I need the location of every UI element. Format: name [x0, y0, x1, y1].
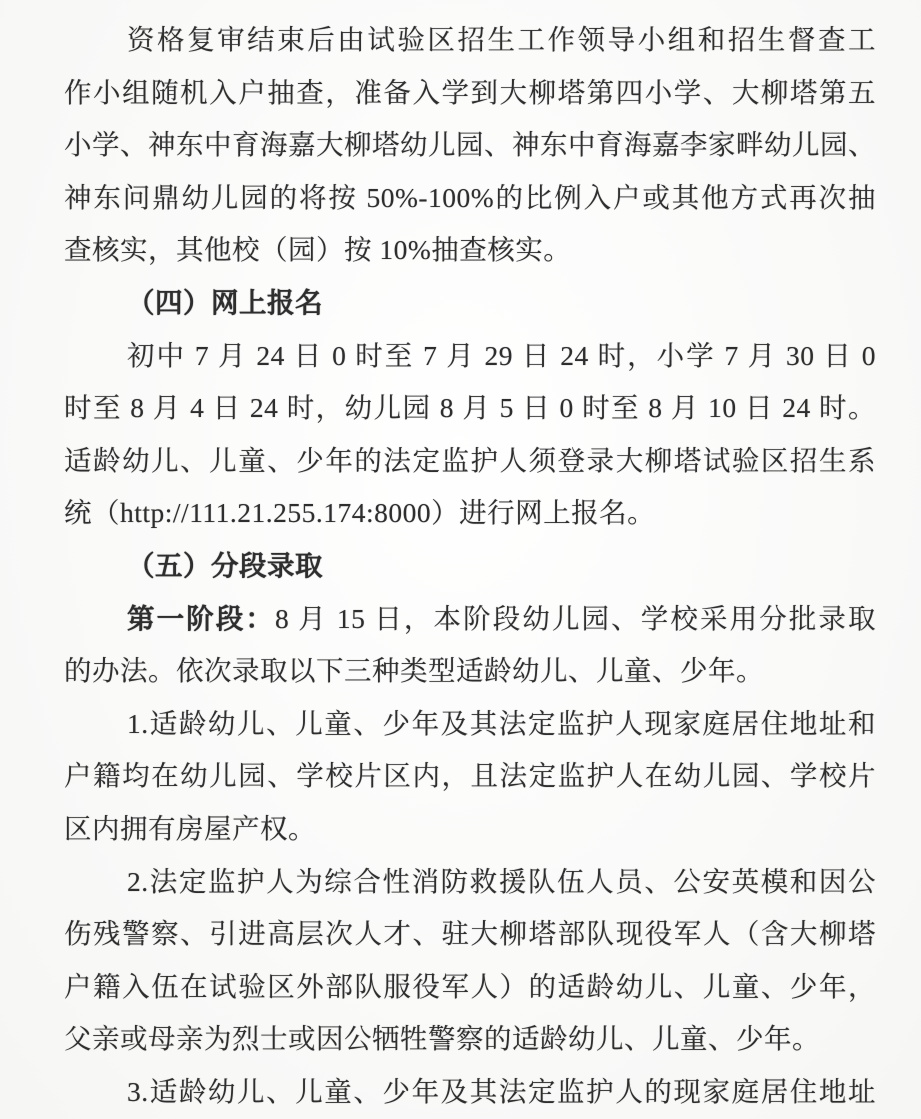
line-text: 时至 8 月 4 日 24 时，幼儿园 8 月 5 日 0 时至 8 月 10 … [64, 392, 876, 423]
text-line: 户籍入伍在试验区外部队服役军人）的适龄幼儿、儿童、少年， [64, 961, 876, 1014]
text-line: 小学、神东中育海嘉大柳塔幼儿园、神东中育海嘉李家畔幼儿园、 [64, 119, 876, 172]
document-page: 资格复审结束后由试验区招生工作领导小组和招生督查工 作小组随机入户抽查，准备入学… [0, 0, 921, 1119]
text-line: 第一阶段：8 月 15 日，本阶段幼儿园、学校采用分批录取 [64, 593, 876, 646]
heading-text: （五）分段录取 [127, 550, 323, 581]
heading-text: （四）网上报名 [127, 287, 323, 318]
line-text: 户籍入伍在试验区外部队服役军人）的适龄幼儿、儿童、少年， [64, 971, 876, 1002]
stage-one-label: 第一阶段： [127, 603, 275, 634]
section-heading-staged-admission: （五）分段录取 [64, 540, 876, 593]
line-text: 小学、神东中育海嘉大柳塔幼儿园、神东中育海嘉李家畔幼儿园、 [64, 129, 876, 160]
line-text: 的办法。依次录取以下三种类型适龄幼儿、儿童、少年。 [64, 655, 764, 686]
line-text: 适龄幼儿、儿童、少年的法定监护人须登录大柳塔试验区招生系 [64, 445, 876, 476]
line-text: 伤残警察、引进高层次人才、驻大柳塔部队现役军人（含大柳塔 [64, 918, 876, 949]
text-line: 初中 7 月 24 日 0 时至 7 月 29 日 24 时，小学 7 月 30… [64, 330, 876, 383]
text-line: 适龄幼儿、儿童、少年的法定监护人须登录大柳塔试验区招生系 [64, 435, 876, 488]
text-line: 神东问鼎幼儿园的将按 50%-100%的比例入户或其他方式再次抽 [64, 172, 876, 225]
section-heading-online-registration: （四）网上报名 [64, 277, 876, 330]
text-line: 的办法。依次录取以下三种类型适龄幼儿、儿童、少年。 [64, 645, 876, 698]
line-text: 资格复审结束后由试验区招生工作领导小组和招生督查工 [127, 24, 876, 55]
text-line-registration-url: 统（http://111.21.255.174:8000）进行网上报名。 [64, 487, 876, 540]
line-text: 统（http://111.21.255.174:8000）进行网上报名。 [64, 497, 655, 528]
line-text: 作小组随机入户抽查，准备入学到大柳塔第四小学、大柳塔第五 [64, 77, 876, 108]
document-body: 资格复审结束后由试验区招生工作领导小组和招生督查工 作小组随机入户抽查，准备入学… [64, 14, 876, 1118]
line-text: 父亲或母亲为烈士或因公牺牲警察的适龄幼儿、儿童、少年。 [64, 1023, 820, 1054]
line-text: 初中 7 月 24 日 0 时至 7 月 29 日 24 时，小学 7 月 30… [127, 340, 876, 371]
text-line: 时至 8 月 4 日 24 时，幼儿园 8 月 5 日 0 时至 8 月 10 … [64, 382, 876, 435]
line-text: 8 月 15 日，本阶段幼儿园、学校采用分批录取 [275, 603, 876, 634]
text-line: 区内拥有房屋产权。 [64, 803, 876, 856]
text-line-item-1: 1.适龄幼儿、儿童、少年及其法定监护人现家庭居住地址和 [64, 698, 876, 751]
text-line: 作小组随机入户抽查，准备入学到大柳塔第四小学、大柳塔第五 [64, 67, 876, 120]
line-text: 1.适龄幼儿、儿童、少年及其法定监护人现家庭居住地址和 [127, 708, 876, 739]
text-line: 查核实，其他校（园）按 10%抽查核实。 [64, 224, 876, 277]
text-line: 资格复审结束后由试验区招生工作领导小组和招生督查工 [64, 14, 876, 67]
line-text: 户籍均在幼儿园、学校片区内，且法定监护人在幼儿园、学校片 [64, 760, 876, 791]
text-line-item-3: 3.适龄幼儿、儿童、少年及其法定监护人的现家庭居住地址 [64, 1066, 876, 1119]
text-line-item-2: 2.法定监护人为综合性消防救援队伍人员、公安英模和因公 [64, 856, 876, 909]
text-line: 父亲或母亲为烈士或因公牺牲警察的适龄幼儿、儿童、少年。 [64, 1013, 876, 1066]
text-line: 伤残警察、引进高层次人才、驻大柳塔部队现役军人（含大柳塔 [64, 908, 876, 961]
text-line: 户籍均在幼儿园、学校片区内，且法定监护人在幼儿园、学校片 [64, 750, 876, 803]
line-text: 3.适龄幼儿、儿童、少年及其法定监护人的现家庭居住地址 [127, 1076, 876, 1107]
line-text: 神东问鼎幼儿园的将按 50%-100%的比例入户或其他方式再次抽 [64, 182, 876, 213]
line-text: 2.法定监护人为综合性消防救援队伍人员、公安英模和因公 [127, 866, 876, 897]
line-text: 查核实，其他校（园）按 10%抽查核实。 [64, 234, 571, 265]
line-text: 区内拥有房屋产权。 [64, 813, 316, 844]
